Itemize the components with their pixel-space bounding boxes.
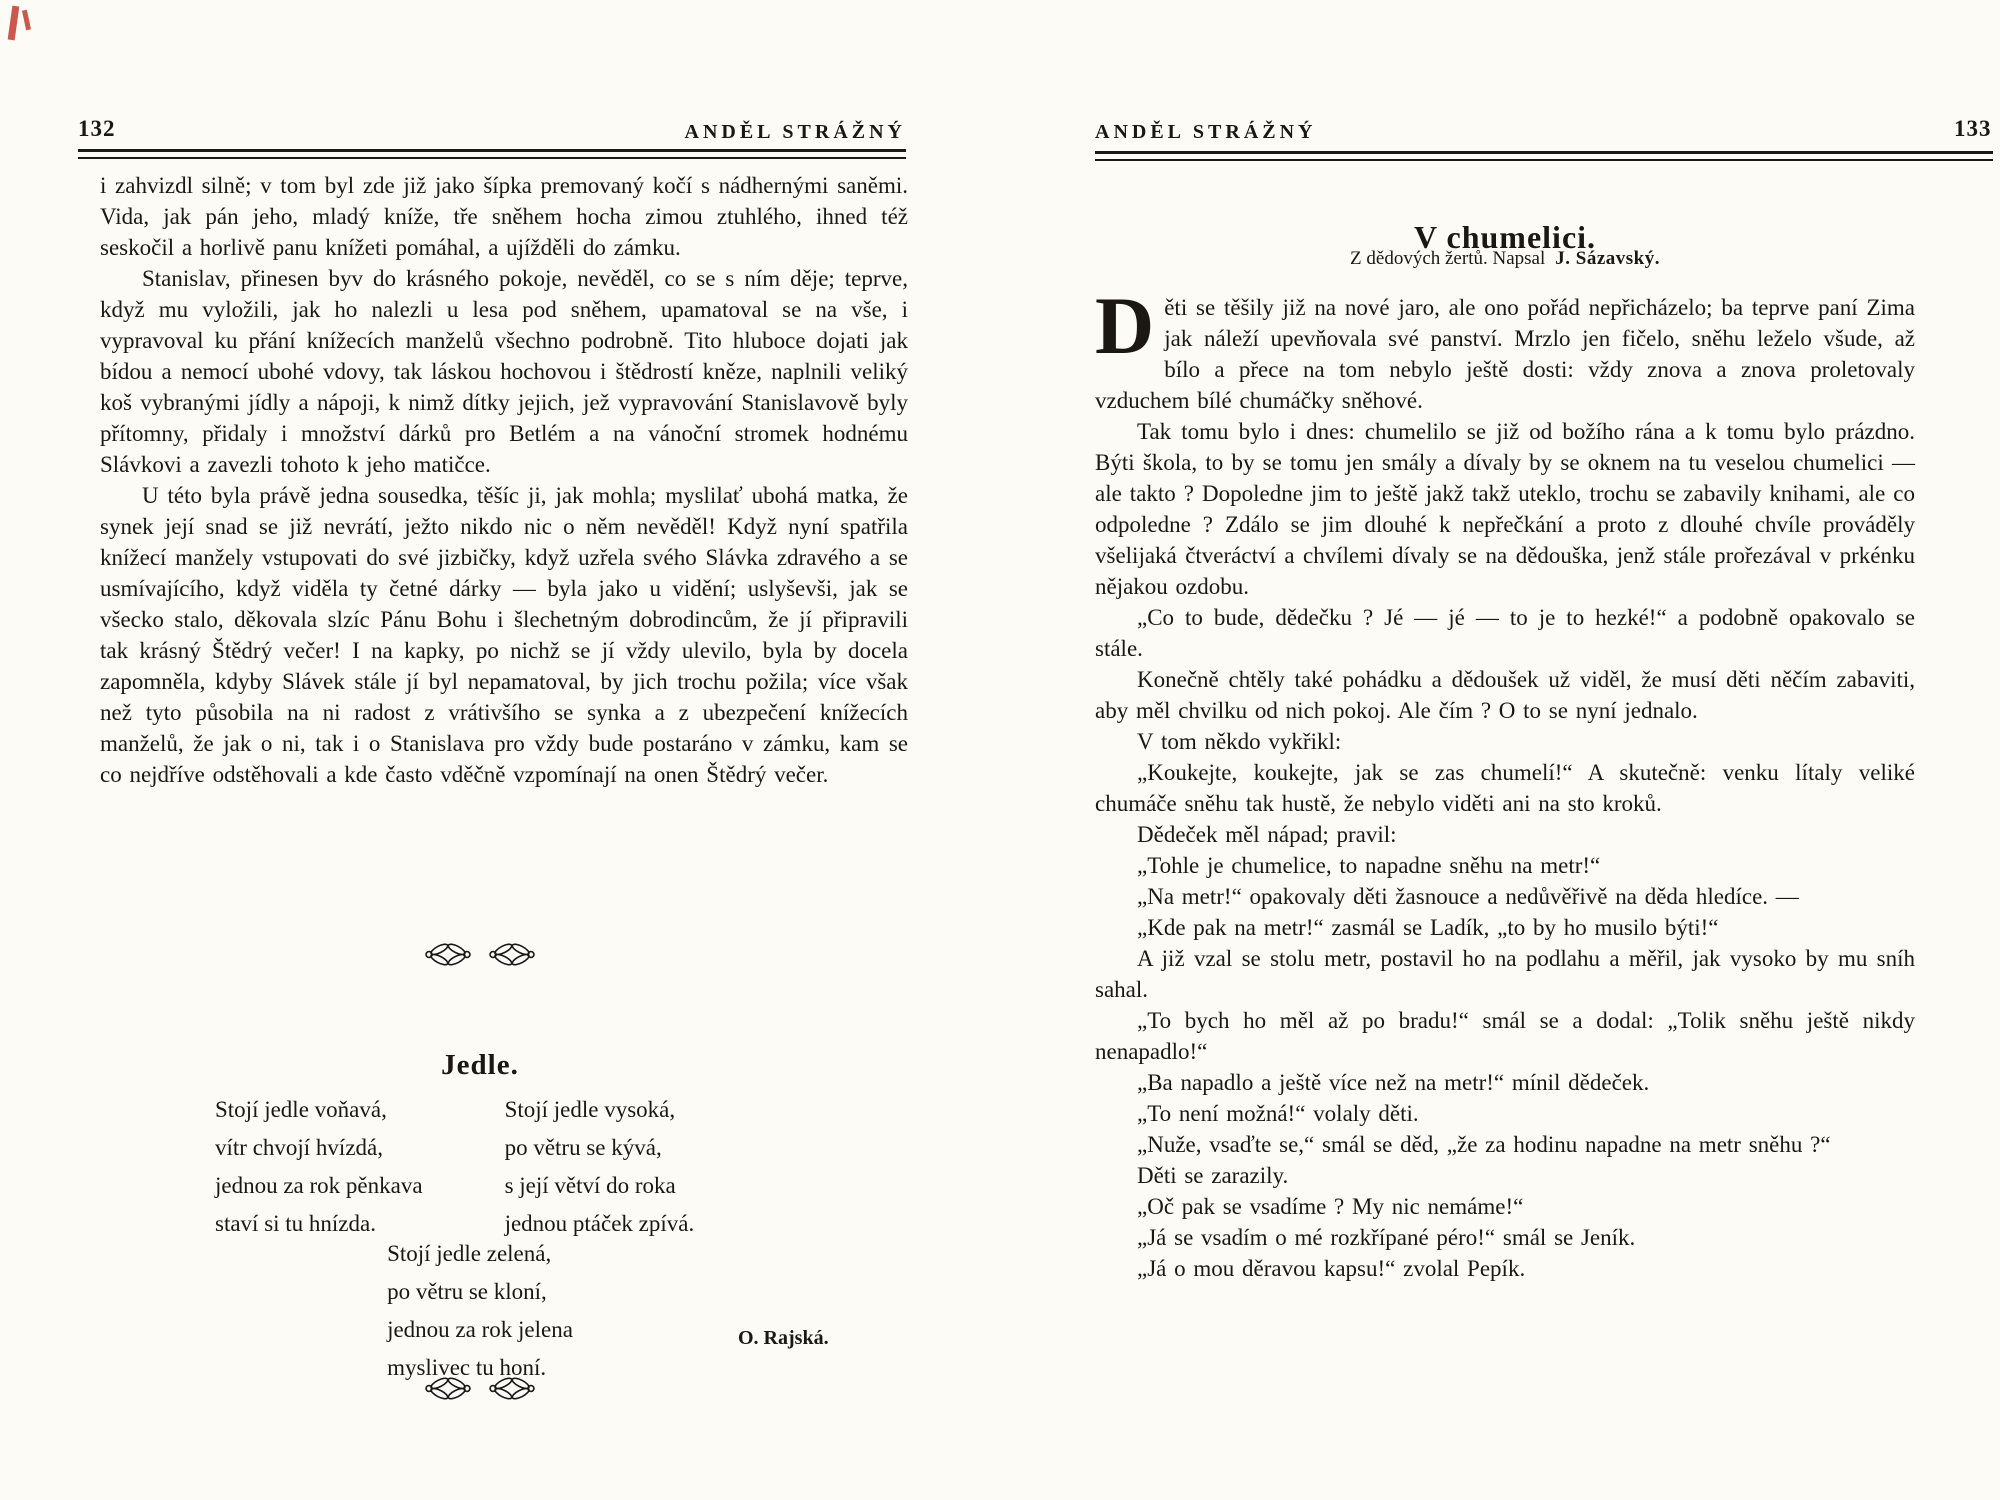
page-number-right: 133 [1954, 116, 1991, 142]
paragraph: „Oč pak se vsadíme ? My nic nemáme!“ [1095, 1191, 1915, 1222]
article-author: J. Sázavský. [1555, 248, 1660, 269]
paragraph: „Ba napadlo a ještě více než na metr!“ m… [1095, 1067, 1915, 1098]
paragraph: „Tohle je chumelice, to napadne sněhu na… [1095, 850, 1915, 881]
poem-line: jednou za rok jelena [387, 1311, 573, 1349]
paragraph: i zahvizdl silně; v tom byl zde již jako… [100, 170, 908, 263]
paragraph: Konečně chtěly také pohádku a dědoušek u… [1095, 664, 1915, 726]
scan-artifact [8, 6, 20, 41]
poem-title: Jedle. [100, 1049, 860, 1082]
poem-stanza: Stojí jedle zelená, po větru se kloní, j… [387, 1235, 573, 1387]
poem-divider [100, 941, 860, 968]
paragraph: „Já se vsadím o mé rozkřípané péro!“ smá… [1095, 1222, 1915, 1253]
poem-line: vítr chvojí hvízdá, [215, 1129, 423, 1167]
scanned-book-spread: { "left": { "folio": "132", "running_tit… [0, 0, 2000, 1500]
paragraph: A již vzal se stolu metr, postavil ho na… [1095, 943, 1915, 1005]
poem-line: po větru se kývá, [505, 1129, 695, 1167]
paragraph: „Na metr!“ opakovaly děti žasnouce a ned… [1095, 881, 1915, 912]
paragraph: Tak tomu bylo i dnes: chumelilo se již o… [1095, 416, 1915, 602]
article-subtitle-text: Z dědových žertů. Napsal [1350, 248, 1545, 269]
paragraph-text: ěti se těšily již na nové jaro, ale ono … [1095, 295, 1915, 413]
running-title-left: ANDĚL STRÁŽNÝ [600, 121, 906, 144]
paragraph: „To není možná!“ volaly děti. [1095, 1098, 1915, 1129]
paragraph: V tom někdo vykřikl: [1095, 726, 1915, 757]
poem-line: Stojí jedle zelená, [387, 1235, 573, 1273]
poem-stanza: Stojí jedle voňavá, vítr chvojí hvízdá, … [215, 1091, 423, 1243]
paragraph: „Nuže, vsaďte se,“ smál se děd, „že za h… [1095, 1129, 1915, 1160]
poem-stanza-row: Stojí jedle voňavá, vítr chvojí hvízdá, … [215, 1091, 694, 1243]
poem-line: jednou za rok pěnkava [215, 1167, 423, 1205]
paragraph: „Co to bude, dědečku ? Jé — jé — to je t… [1095, 602, 1915, 664]
poem-line: s její větví do roka [505, 1167, 695, 1205]
paragraph: „Já o mou děravou kapsu!“ zvolal Pepík. [1095, 1253, 1915, 1284]
paragraph: U této byla právě jedna sousedka, těšíc … [100, 480, 908, 790]
page-number-left: 132 [78, 116, 116, 142]
left-page-text: i zahvizdl silně; v tom byl zde již jako… [100, 170, 908, 790]
bowtie-fleuron-icon [489, 941, 535, 968]
paragraph: Stanislav, přinesen byv do krásného poko… [100, 263, 908, 480]
paragraph: Dědeček měl nápad; pravil: [1095, 819, 1915, 850]
bowtie-fleuron-icon [489, 1375, 535, 1402]
paragraph: „Koukejte, koukejte, jak se zas chumelí!… [1095, 757, 1915, 819]
bowtie-fleuron-icon [425, 941, 471, 968]
right-page-text: Děti se těšily již na nové jaro, ale ono… [1095, 292, 1915, 1284]
paragraph: „To bych ho měl až po bradu!“ smál se a … [1095, 1005, 1915, 1067]
header-rule-left [78, 149, 906, 159]
paragraph: „Kde pak na metr!“ zasmál se Ladík, „to … [1095, 912, 1915, 943]
poem-line: Stojí jedle voňavá, [215, 1091, 423, 1129]
poem-section: Jedle. Stojí jedle voňavá, vítr chvojí h… [100, 935, 860, 1475]
poem-line: po větru se kloní, [387, 1273, 573, 1311]
paragraph: Děti se těšily již na nové jaro, ale ono… [1095, 292, 1915, 416]
poem-author: O. Rajská. [738, 1327, 829, 1350]
header-rule-right [1095, 151, 1993, 161]
poem-line: Stojí jedle vysoká, [505, 1091, 695, 1129]
poem-divider [100, 1375, 860, 1402]
drop-cap: D [1095, 292, 1164, 358]
article-subtitle: Z dědových žertů. NapsalJ. Sázavský. [1095, 248, 1915, 270]
bowtie-fleuron-icon [425, 1375, 471, 1402]
paragraph: Děti se zarazily. [1095, 1160, 1915, 1191]
poem-stanza: Stojí jedle vysoká, po větru se kývá, s … [505, 1091, 695, 1243]
poem-stanza-center: Stojí jedle zelená, po větru se kloní, j… [100, 1235, 860, 1387]
running-title-right: ANDĚL STRÁŽNÝ [1095, 121, 1316, 144]
scan-artifact [22, 10, 31, 31]
